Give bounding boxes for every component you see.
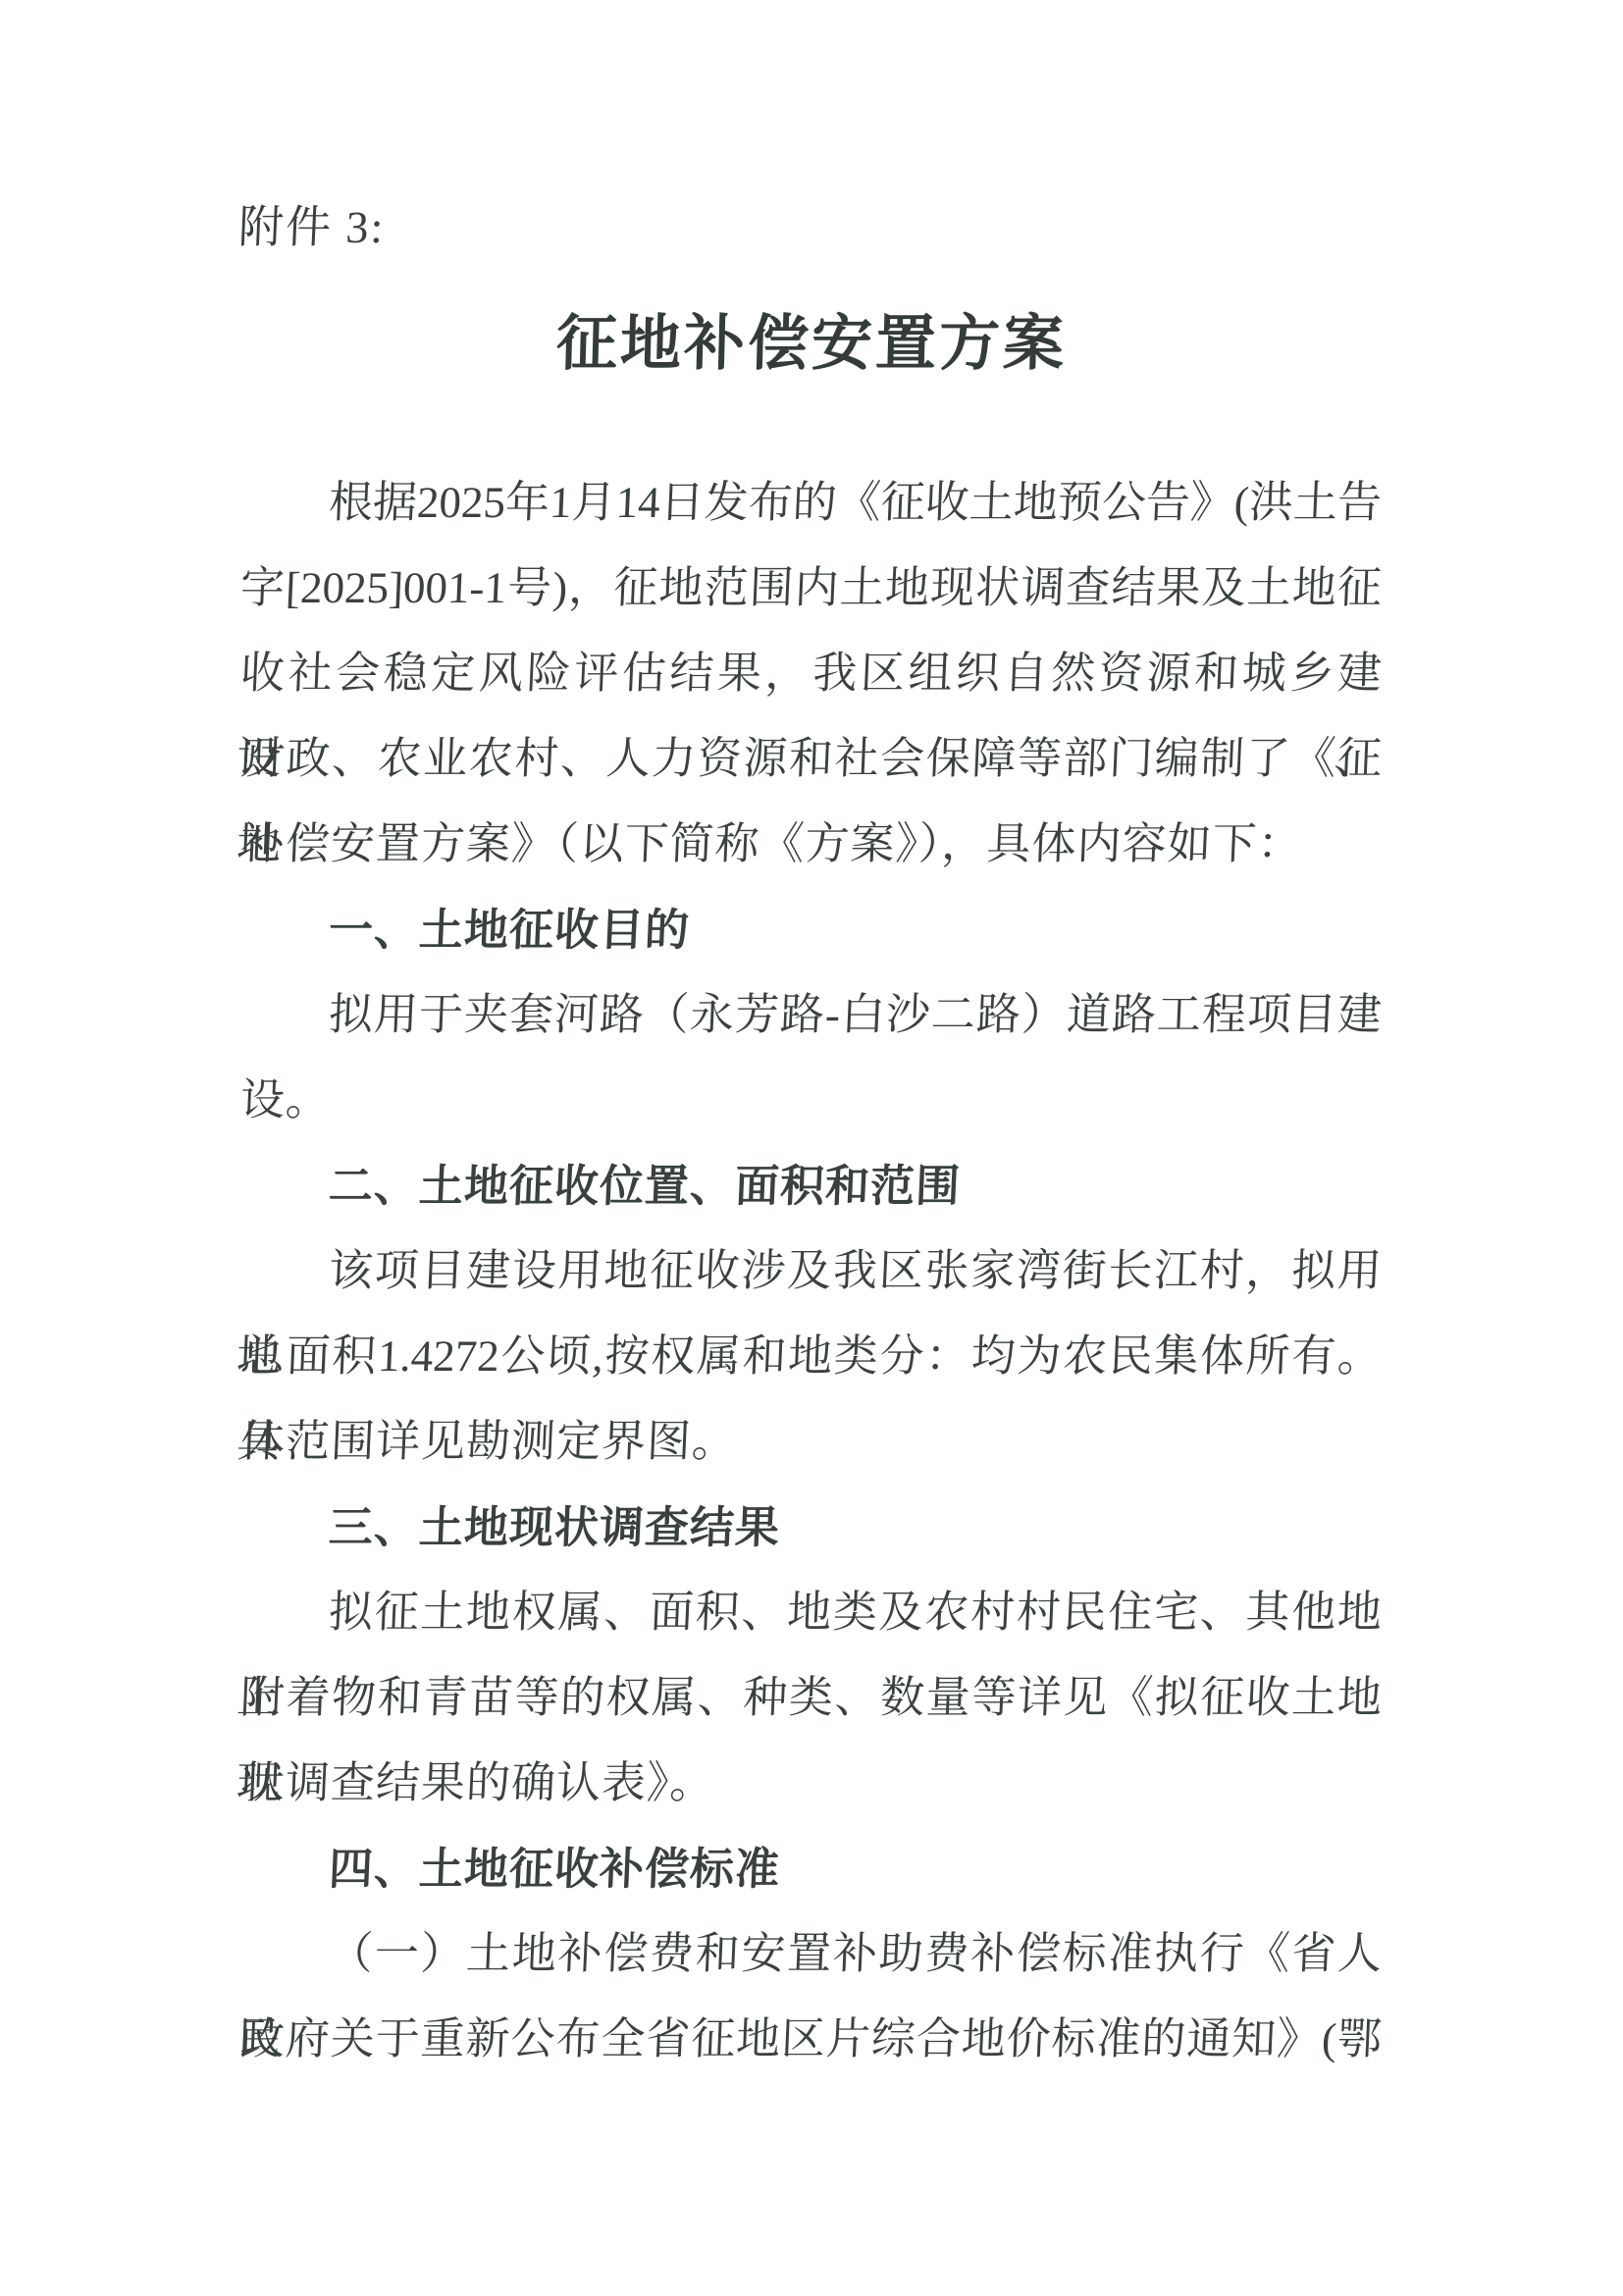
text-line: 体范围详见勘测定界图。: [238, 1399, 1384, 1485]
section-heading: 二、土地征收位置、面积和范围: [238, 1143, 1384, 1228]
text-line: （一）土地补偿费和安置补助费补偿标准执行《省人民: [238, 1911, 1384, 1997]
attachment-label: 附件 3:: [237, 200, 387, 255]
section-heading: 三、土地现状调查结果: [238, 1485, 1384, 1570]
text-line: 设。: [238, 1058, 1384, 1143]
text-line: 根据2025年1月14日发布的《征收土地预公告》(洪土告: [238, 460, 1384, 546]
text-line: 总面积1.4272公顷,按权属和地类分：均为农民集体所有。具: [238, 1314, 1384, 1399]
text-line: 该项目建设用地征收涉及我区张家湾街长江村，拟用地: [238, 1228, 1384, 1314]
text-line: 收社会稳定风险评估结果，我区组织自然资源和城乡建设、: [238, 631, 1384, 716]
document-title: 征地补偿安置方案: [0, 308, 1623, 381]
text-line: 字[2025]001-1号)，征地范围内土地现状调查结果及土地征: [238, 546, 1384, 631]
text-line: 政府关于重新公布全省征地区片综合地价标准的通知》(鄂: [238, 1997, 1384, 2082]
document-page: 附件 3: 征地补偿安置方案 根据2025年1月14日发布的《征收土地预公告》(…: [0, 0, 1623, 2296]
text-line: 财政、农业农村、人力资源和社会保障等部门编制了《征地: [238, 716, 1384, 802]
section-heading: 四、土地征收补偿标准: [238, 1826, 1384, 1911]
document-body: 根据2025年1月14日发布的《征收土地预公告》(洪土告字[2025]001-1…: [240, 460, 1382, 2082]
text-line: 状调查结果的确认表》。: [238, 1741, 1384, 1826]
section-heading: 一、土地征收目的: [238, 887, 1384, 972]
text-line: 附着物和青苗等的权属、种类、数量等详见《拟征收土地现: [238, 1655, 1384, 1741]
text-line: 补偿安置方案》（以下简称《方案》），具体内容如下：: [238, 802, 1384, 887]
text-line: 拟征土地权属、面积、地类及农村村民住宅、其他地上: [238, 1570, 1384, 1655]
text-line: 拟用于夹套河路（永芳路-白沙二路）道路工程项目建: [238, 972, 1384, 1058]
